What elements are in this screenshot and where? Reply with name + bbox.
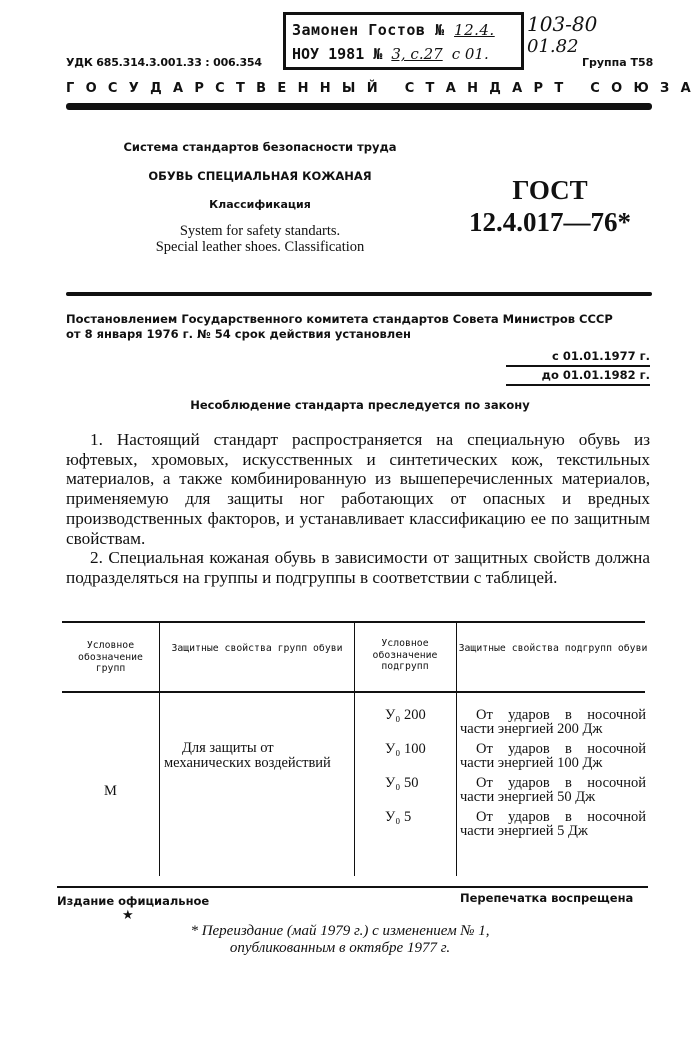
header-subgroup-property: Защитные свойства подгрупп обуви	[458, 643, 648, 655]
footnote-line-2: опубликованным в октябре 1977 г.	[120, 940, 560, 957]
header-rule	[66, 103, 652, 110]
english-title-line-2: Special leather shoes. Classification	[100, 239, 420, 255]
column-divider-2	[354, 623, 355, 876]
standard-name: ОБУВЬ СПЕЦИАЛЬНАЯ КОЖАНАЯ	[100, 169, 420, 183]
stamp-handwritten-tail: с 01.	[452, 45, 489, 63]
column-divider-1	[159, 623, 160, 876]
column-divider-3	[456, 623, 457, 876]
subgroup-code-cell: У₀ 5	[385, 810, 411, 824]
handwritten-note-1: 103-80	[527, 12, 597, 36]
classification-table: Условное обозначение групп Защитные свой…	[62, 621, 645, 877]
subgroup-code-cell: У₀ 50	[385, 776, 418, 790]
footer-rule	[57, 886, 648, 888]
validity-dates: с 01.01.1977 г. до 01.01.1982 г.	[506, 348, 650, 386]
stamp-handwritten-2: 3, с.27	[391, 45, 442, 63]
handwritten-note-2: 01.82	[527, 36, 579, 57]
reprint-prohibited: Перепечатка воспрещена	[460, 891, 633, 905]
body-text: 1. Настоящий стандарт распространяется н…	[66, 430, 650, 588]
penalty-notice: Несоблюдение стандарта преследуется по з…	[80, 398, 640, 412]
stamp-printed-1: Замонен Гостов №	[292, 21, 445, 39]
group-code-cell: М	[62, 784, 159, 798]
english-title: System for safety standarts. Special lea…	[100, 223, 420, 255]
reissue-footnote: * Переиздание (май 1979 г.) с изменением…	[120, 923, 560, 957]
gost-number: 12.4.017—76*	[450, 206, 650, 238]
group-code: Группа Т58	[582, 56, 653, 69]
title-block: Система стандартов безопасности труда ОБ…	[100, 140, 420, 255]
resolution-line-2: от 8 января 1976 г. № 54 срок действия у…	[66, 327, 656, 342]
star-icon: ★	[122, 907, 134, 923]
valid-to: до 01.01.1982 г.	[506, 367, 650, 386]
paragraph-1: 1. Настоящий стандарт распространяется н…	[66, 430, 650, 548]
state-standard-banner: ГОСУДАРСТВЕННЫЙ СТАНДАРТ СОЮЗА ССР	[66, 81, 652, 96]
stamp-printed-2: НОУ 1981 №	[292, 45, 382, 63]
stamp-line-2: НОУ 1981 № 3, с.27 с 01.	[292, 45, 489, 63]
footnote-line-1: * Переиздание (май 1979 г.) с изменением…	[120, 923, 560, 940]
subgroup-property-cell: От ударов в носочной части энергией 50 Д…	[460, 776, 646, 804]
gost-label: ГОСТ	[450, 174, 650, 206]
gost-designation: ГОСТ 12.4.017—76*	[450, 174, 650, 238]
subgroup-property-cell: От ударов в носочной части энергией 100 …	[460, 742, 646, 770]
paragraph-2: 2. Специальная кожаная обувь в зависимос…	[66, 548, 650, 587]
header-subgroup-code: Условное обозначение подгрупп	[356, 638, 454, 673]
valid-from: с 01.01.1977 г.	[506, 348, 650, 367]
standard-subtitle: Классификация	[100, 198, 420, 211]
standard-system: Система стандартов безопасности труда	[100, 140, 420, 154]
group-property-cell: Для защиты от механических воздействий	[164, 741, 350, 771]
subgroup-code-cell: У₀ 100	[385, 742, 426, 756]
header-group-property: Защитные свойства групп обуви	[162, 643, 352, 655]
header-group-code: Условное обозначение групп	[62, 640, 159, 675]
title-rule	[66, 292, 652, 296]
udk-code: УДК 685.314.3.001.33 : 006.354	[66, 56, 262, 69]
english-title-line-1: System for safety standarts.	[100, 223, 420, 239]
resolution-text: Постановлением Государственного комитета…	[66, 312, 656, 342]
subgroup-property-cell: От ударов в носочной части энергией 200 …	[460, 708, 646, 736]
resolution-line-1: Постановлением Государственного комитета…	[66, 312, 656, 327]
official-edition: Издание официальное	[57, 894, 209, 908]
subgroup-property-cell: От ударов в носочной части энергией 5 Дж	[460, 810, 646, 838]
stamp-line-1: Замонен Гостов № 12.4.	[292, 21, 495, 39]
subgroup-code-cell: У₀ 200	[385, 708, 426, 722]
stamp-handwritten-1: 12.4.	[454, 21, 495, 39]
amendment-stamp: Замонен Гостов № 12.4. НОУ 1981 № 3, с.2…	[283, 12, 524, 70]
